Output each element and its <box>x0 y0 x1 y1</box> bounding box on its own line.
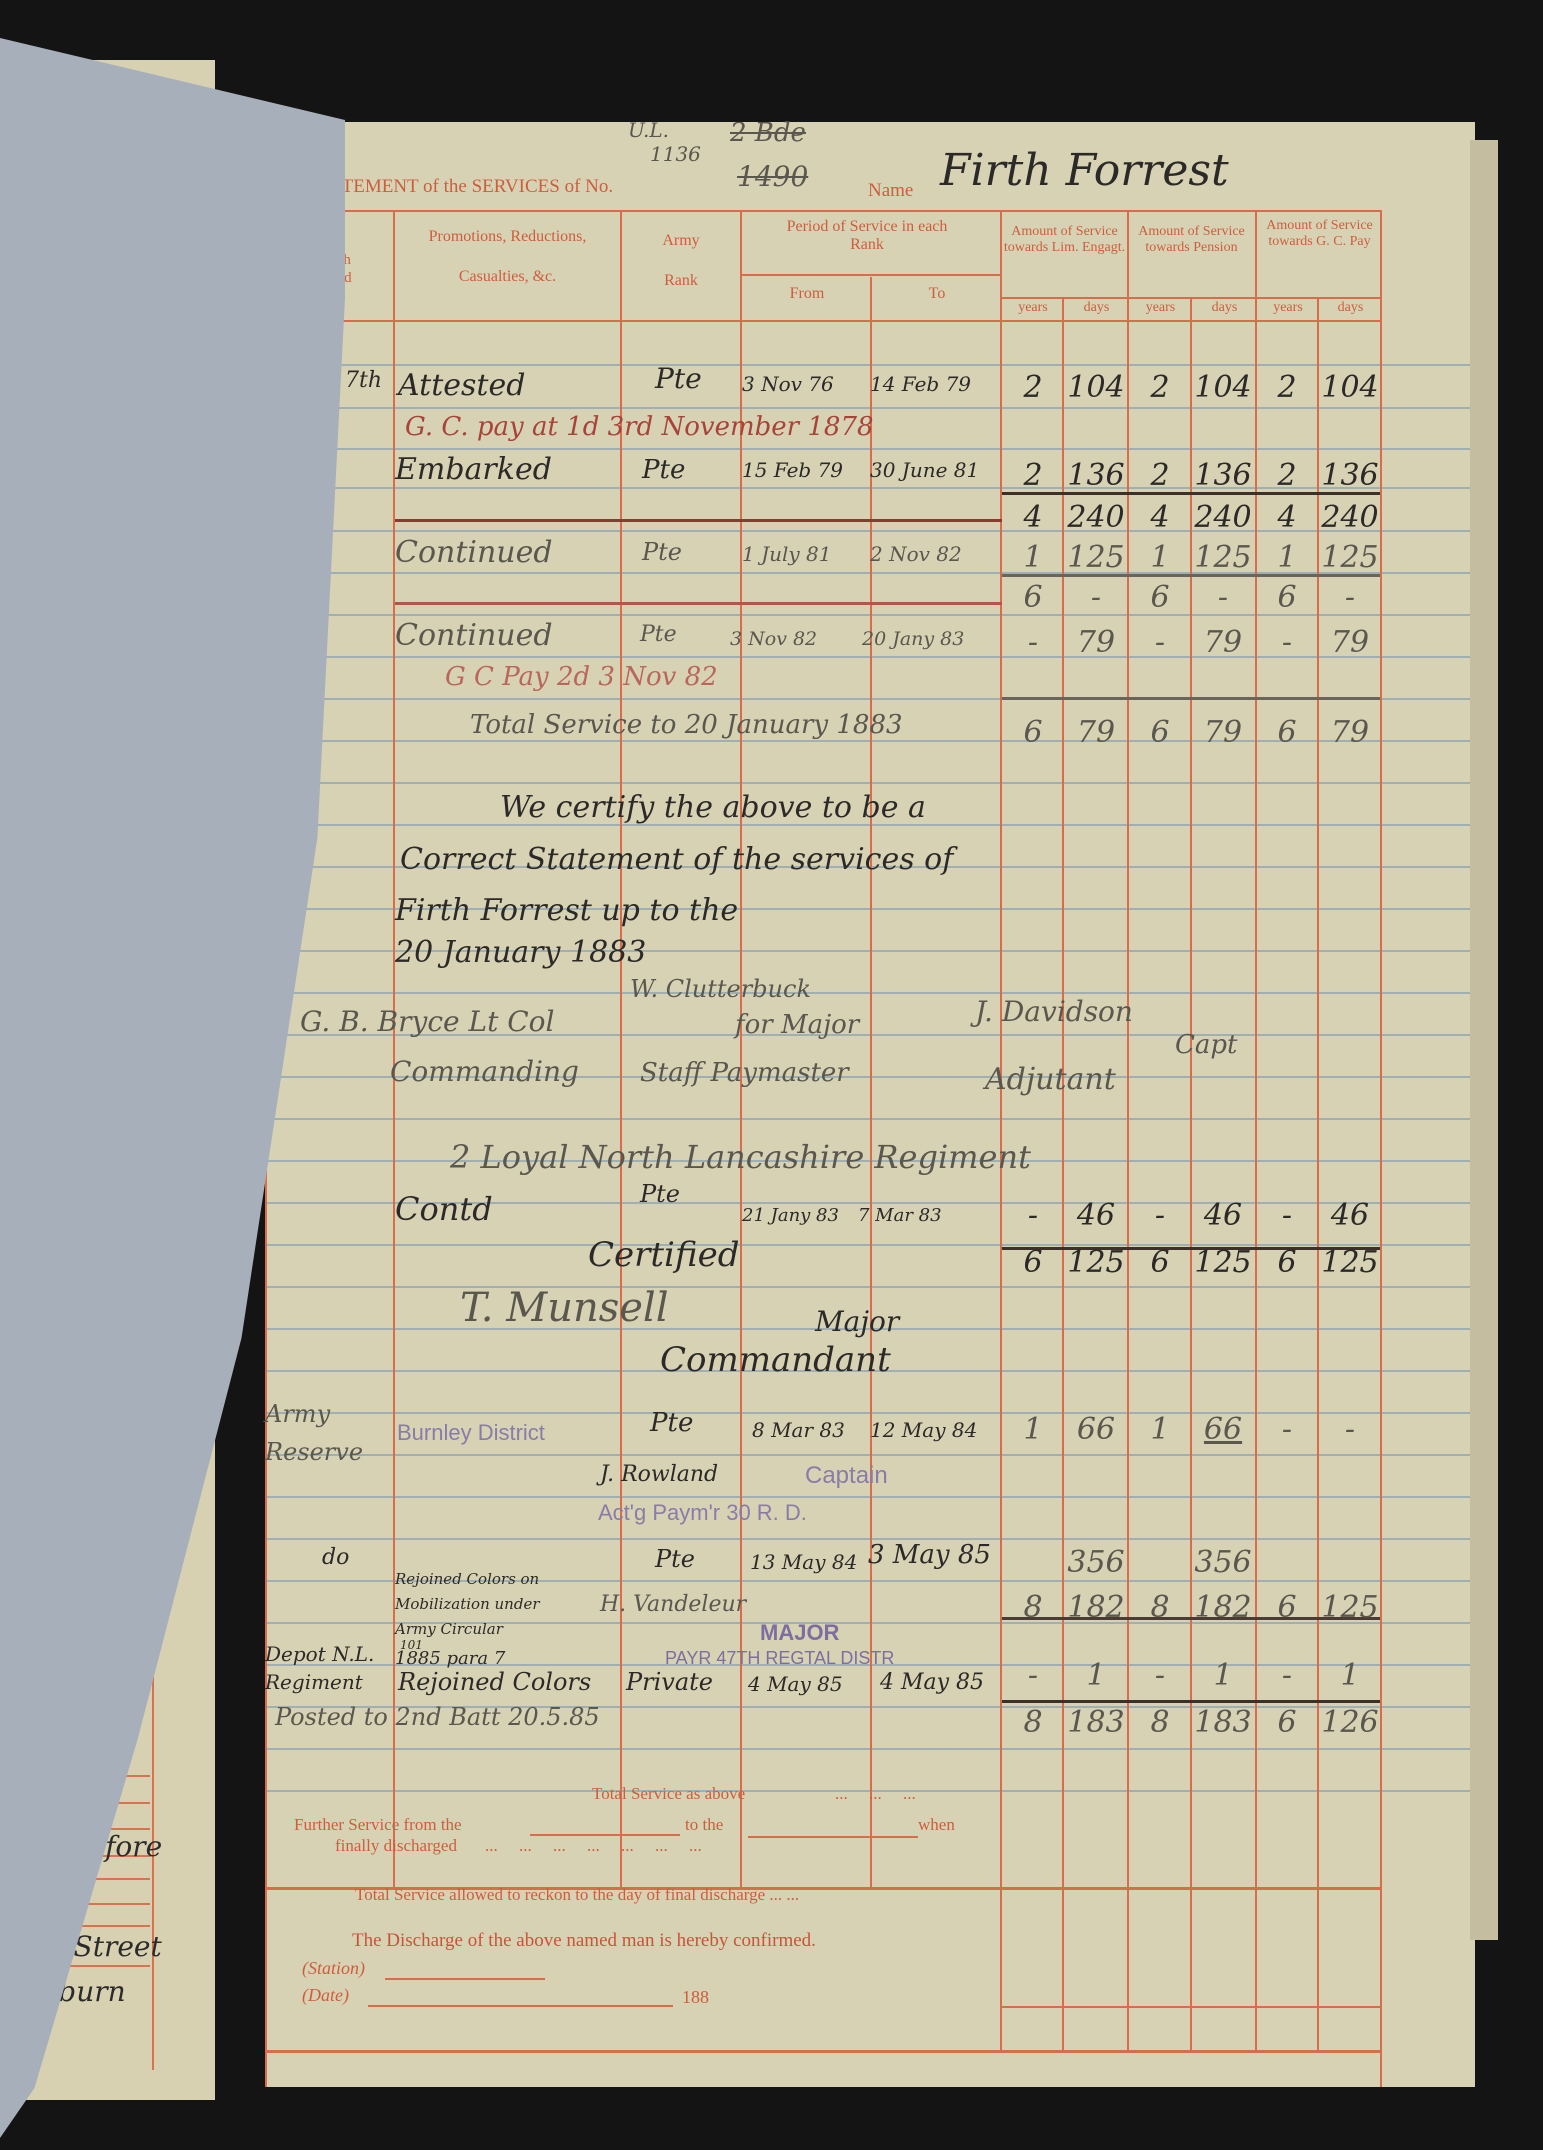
header-days: days <box>1192 300 1257 316</box>
reserve-signature: J. Rowland <box>600 1462 718 1487</box>
header-lim-engagt: Amount of Service towards Lim. Engagt. <box>1002 224 1127 256</box>
certified-label: Certified <box>588 1235 740 1275</box>
torn-page-edge <box>1470 140 1498 1940</box>
number-annotation: 1136 <box>650 142 701 166</box>
regiment-heading: 2 Loyal North Lancashire Regiment <box>450 1138 1031 1176</box>
brigade-struck: 2 Bde <box>730 118 806 148</box>
number-annotation-top: U.L. <box>628 118 669 142</box>
certified-role: Commandant <box>660 1340 891 1380</box>
header-years: years <box>1129 300 1192 316</box>
certified-rank: Major <box>815 1305 899 1338</box>
header-casualties: Casualties, &c. <box>395 268 620 286</box>
header-promotions: Promotions, Reductions, <box>395 228 620 246</box>
gc-pay-note: G C Pay 2d 3 Nov 82 <box>445 662 718 692</box>
header-years: years <box>1002 300 1064 316</box>
major-stamp: MAJOR <box>760 1620 839 1646</box>
certified-signature: T. Munsell <box>460 1285 669 1331</box>
posted-note: Posted to 2nd Batt 20.5.85 <box>275 1703 600 1731</box>
paymaster-stamp: Act'g Paym'r 30 R. D. <box>598 1500 807 1526</box>
header-army: Army <box>622 232 740 250</box>
header-days: days <box>1319 300 1382 316</box>
name-label: Name <box>868 180 913 202</box>
captain-stamp: Captain <box>805 1462 888 1490</box>
rejoined-signature: H. Vandeleur <box>600 1592 746 1617</box>
header-period: Period of Service in each Rank <box>772 218 962 255</box>
paymaster-district-stamp: PAYR 47TH REGTAL DISTR <box>665 1648 894 1669</box>
burnley-district-stamp: Burnley District <box>397 1420 545 1446</box>
header-rank: Rank <box>622 272 740 290</box>
header-days: days <box>1064 300 1129 316</box>
header-pension: Amount of Service towards Pension <box>1129 224 1254 256</box>
statement-title: ATEMENT of the SERVICES of No. <box>330 176 613 198</box>
service-number-struck: 1490 <box>737 160 808 193</box>
header-years: years <box>1257 300 1319 316</box>
header-from: From <box>742 285 872 303</box>
header-gc-pay: Amount of Service towards G. C. Pay <box>1257 218 1382 250</box>
gc-pay-note: G. C. pay at 1d 3rd November 1878 <box>405 412 874 442</box>
soldier-name: Firth Forrest <box>940 145 1229 196</box>
header-to: To <box>872 285 1002 303</box>
